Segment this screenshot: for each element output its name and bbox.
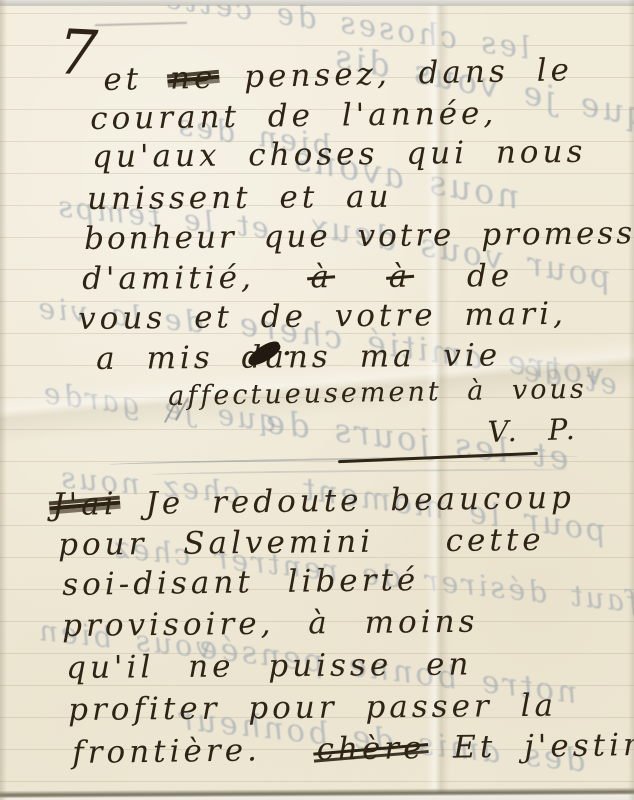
scan-edge-bottom — [0, 787, 634, 800]
letter-line-closing: d'amitié, à à de — [82, 258, 513, 297]
hand-text: Je redoute beaucoup — [117, 480, 575, 522]
hand-text: profiter pour passer la — [68, 688, 557, 728]
hand-text: pensez, dans le — [216, 52, 573, 95]
letter-line-farewell: affectueusement à vous — [168, 374, 587, 412]
hand-text: unissent et au — [87, 179, 393, 217]
hand-text: qu'aux choses qui nous — [92, 134, 587, 175]
letter-line-postscript: profiter pour passer la — [68, 688, 557, 728]
letter-line-postscript: soi-disant liberté — [62, 562, 419, 603]
hand-text: bonheur que votre promesse — [84, 215, 634, 257]
letter-line-closing: courant de l'année, — [90, 95, 497, 137]
hand-text — [333, 259, 389, 295]
struck-word: J'ai — [52, 486, 118, 523]
struck-word: ne — [170, 60, 217, 97]
handwriting-layer: et ne pensez, dans lecourant de l'année,… — [0, 0, 634, 800]
letter-line-closing: bonheur que votre promesse — [84, 215, 634, 257]
scan-edge-right — [628, 0, 634, 800]
hand-text: V. P. — [487, 412, 579, 449]
struck-word: chère — [316, 730, 425, 768]
hand-text: frontière. — [72, 732, 317, 771]
hand-text: a mis dans ma vie — [96, 337, 501, 377]
scan-edge-top — [0, 0, 634, 6]
scan-edge-left — [0, 0, 7, 800]
letter-line-closing: unissent et au — [87, 179, 393, 217]
hand-text: pour Salvemini cette — [58, 522, 545, 563]
hand-text: affectueusement à vous — [168, 374, 587, 412]
struck-word: à — [310, 259, 333, 295]
hand-text: de — [411, 258, 513, 295]
struck-word: à — [389, 259, 412, 295]
hand-text: soi-disant liberté — [62, 562, 419, 603]
letter-line-postscript: frontière. chère Et j'estime — [72, 727, 634, 771]
letter-line-closing: et ne pensez, dans le — [103, 52, 573, 98]
hand-text: provisoire, à moins — [62, 604, 479, 644]
hand-text: et — [103, 61, 170, 98]
letter-line-closing: vous et de votre mari, — [78, 296, 567, 337]
hand-text: Et j'estime — [425, 727, 634, 767]
hand-text: courant de l'année, — [90, 95, 497, 137]
letter-line-postscript: qu'il ne puisse en — [66, 646, 473, 686]
letter-line-closing: a mis dans ma vie — [96, 337, 501, 377]
hand-text: vous et de votre mari, — [78, 296, 567, 337]
letter-line-postscript: pour Salvemini cette — [58, 522, 545, 563]
letter-scan-page: les choses de cetteque je vous disbien d… — [0, 0, 634, 800]
hand-text: qu'il ne puisse en — [66, 646, 473, 686]
letter-line-postscript: J'ai Je redoute beaucoup — [52, 480, 575, 523]
hand-text: d'amitié, — [82, 259, 311, 297]
letter-line-closing: qu'aux choses qui nous — [92, 134, 587, 175]
letter-line-signature: V. P. — [487, 412, 579, 449]
letter-line-postscript: provisoire, à moins — [62, 604, 479, 644]
